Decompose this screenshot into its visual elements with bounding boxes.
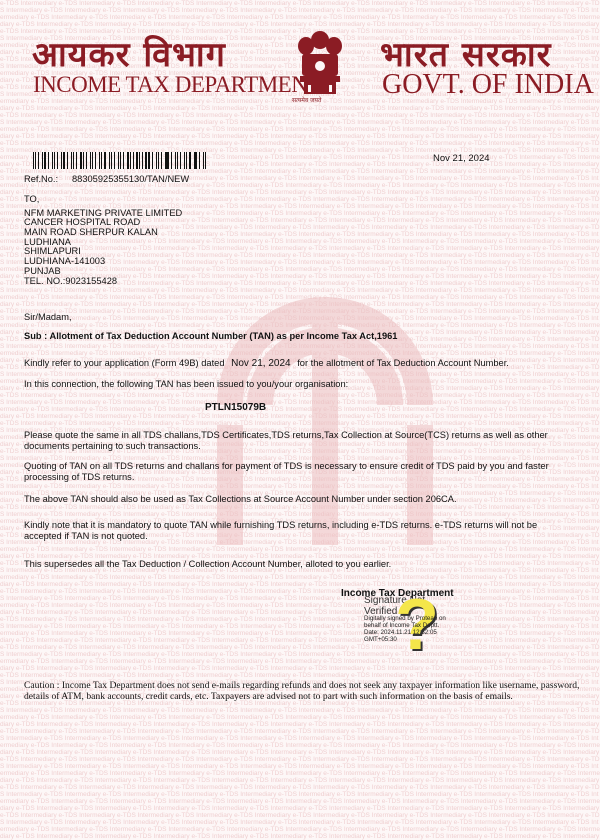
letter-date: Nov 21, 2024 xyxy=(433,154,490,164)
signature-detail-line: Digitally signed by Protean on xyxy=(364,615,446,622)
quoting-paragraph: Quoting of TAN on all TDS returns and ch… xyxy=(24,461,574,482)
barcode-bar xyxy=(101,152,102,169)
barcode-bar xyxy=(152,152,153,169)
barcode-bar xyxy=(44,152,46,169)
connection-paragraph: In this connection, the following TAN ha… xyxy=(24,379,574,390)
barcode-bar xyxy=(63,152,65,169)
application-date: Nov 21, 2024 xyxy=(231,358,291,369)
supersedes-paragraph: This supersedes all the Tax Deduction / … xyxy=(24,559,574,570)
barcode-bar xyxy=(95,152,96,169)
barcode-bar xyxy=(171,152,172,169)
header-hindi-dept: आयकर विभाग xyxy=(32,30,226,76)
caution-notice: Caution : Income Tax Department does not… xyxy=(24,680,584,702)
barcode-bar xyxy=(161,152,162,169)
signature-detail-line: GMT+05:30 xyxy=(364,636,446,643)
ref-label: Ref.No.: xyxy=(24,174,58,184)
barcode-bar xyxy=(114,152,115,169)
barcode-bar xyxy=(38,152,39,169)
tan-number: PTLN15079B xyxy=(205,403,266,413)
barcode-bar xyxy=(130,152,131,169)
watermark-pattern: e-TDS Intermediary e-TDS Intermediary e-… xyxy=(0,0,600,840)
barcode-bar xyxy=(111,152,112,169)
barcode-bar xyxy=(120,152,121,169)
barcode-bar xyxy=(67,152,68,169)
barcode-bar xyxy=(156,152,157,169)
barcode-bar xyxy=(180,152,181,169)
barcode-bar xyxy=(54,152,55,169)
emblem-caption: सत्यमेव जयते xyxy=(292,96,321,104)
barcode-bar xyxy=(186,152,187,169)
barcode-bar xyxy=(203,152,204,169)
application-text-after: for the allotment of Tax Deduction Accou… xyxy=(297,358,509,368)
address-line: TEL. NO.:9023155428 xyxy=(24,277,182,287)
barcode-bar xyxy=(35,152,36,169)
signature-title: Income Tax Department xyxy=(341,588,454,599)
barcode-bar xyxy=(127,152,129,169)
application-text-before: Kindly refer to your application (Form 4… xyxy=(24,358,225,368)
subject-line: Sub : Allotment of Tax Deduction Account… xyxy=(24,331,397,341)
header-govt-of-india: GOVT. OF INDIA xyxy=(382,69,594,101)
barcode-bar xyxy=(166,152,168,169)
barcode-bar xyxy=(99,152,100,169)
barcode-bar xyxy=(80,152,82,169)
barcode-bar xyxy=(136,152,137,169)
to-label: TO, xyxy=(24,195,182,205)
barcode-bar xyxy=(175,152,176,169)
national-emblem-icon xyxy=(290,26,350,106)
barcode-bar xyxy=(73,152,74,169)
barcode-bar xyxy=(76,152,77,169)
barcode-bar xyxy=(118,152,119,169)
signature-detail-line: behalf of Income Tax Deptt. xyxy=(364,622,446,629)
quote-paragraph: Please quote the same in all TDS challan… xyxy=(24,430,574,451)
application-paragraph: Kindly refer to your application (Form 4… xyxy=(24,358,574,370)
barcode-bar xyxy=(83,152,84,169)
barcode-bar xyxy=(158,152,159,169)
barcode-bar xyxy=(145,152,146,169)
signature-detail-line: Date: 2024.11.21 12:32:05 xyxy=(364,629,446,636)
barcode-bar xyxy=(61,152,62,169)
barcode-bar xyxy=(184,152,185,169)
barcode-bar xyxy=(104,152,106,169)
barcode-bar xyxy=(139,152,140,169)
barcode-bar xyxy=(194,152,195,169)
recipient-address: TO, NFM MARKETING PRIVATE LIMITED CANCER… xyxy=(24,195,182,286)
barcode-bar xyxy=(165,152,166,169)
barcode-bar xyxy=(189,152,191,169)
barcode-bar xyxy=(199,152,200,169)
barcode-bar xyxy=(57,152,58,169)
barcode-bar xyxy=(71,152,72,169)
barcode-bar xyxy=(90,152,91,169)
salutation: Sir/Madam, xyxy=(24,312,72,322)
signature-details: Digitally signed by Protean on behalf of… xyxy=(364,615,446,643)
barcode-bar xyxy=(148,152,150,169)
barcode-bar xyxy=(33,152,34,169)
barcode-bar xyxy=(52,152,53,169)
barcode-bar xyxy=(177,152,178,169)
barcode xyxy=(33,152,208,169)
ref-number: 88305925355130/TAN/NEW xyxy=(72,174,189,184)
barcode-bar xyxy=(195,152,196,169)
digital-signature-block: ? Income Tax Department Signature Not Ve… xyxy=(340,585,470,665)
tcs-paragraph: The above TAN should also be used as Tax… xyxy=(24,494,574,505)
barcode-bar xyxy=(133,152,134,169)
barcode-bar xyxy=(123,152,124,169)
barcode-bar xyxy=(86,152,87,169)
barcode-bar xyxy=(142,152,143,169)
barcode-bar xyxy=(42,152,43,169)
mandatory-paragraph: Kindly note that it is mandatory to quot… xyxy=(24,520,574,541)
barcode-bar xyxy=(92,152,93,169)
barcode-bar xyxy=(205,152,206,169)
barcode-bar xyxy=(48,152,49,169)
barcode-bar xyxy=(109,152,110,169)
header-income-tax-department: INCOME TAX DEPARTMENT xyxy=(33,72,321,98)
